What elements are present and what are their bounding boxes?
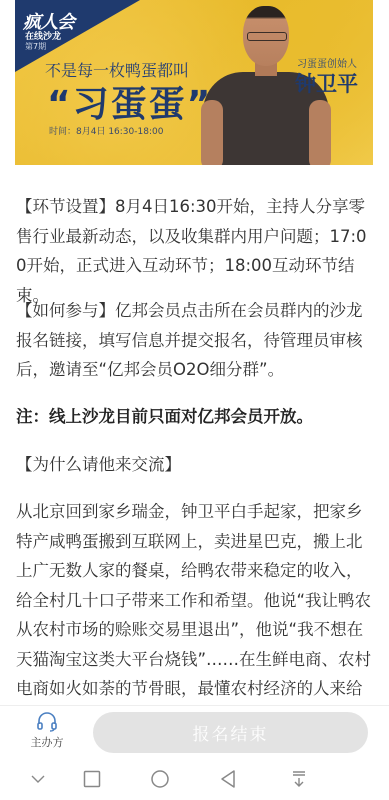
nav-hide-button[interactable] <box>26 767 50 791</box>
bottom-action-bar: 主办方 报名结束 <box>0 705 389 759</box>
banner-big-title: “习蛋蛋” <box>47 76 212 127</box>
system-navigation-bar <box>0 758 389 800</box>
headset-icon <box>36 712 58 732</box>
section-heading-why: 【为什么请他来交流】 <box>16 450 373 480</box>
nav-notification-button[interactable] <box>287 767 311 791</box>
home-icon <box>150 769 170 789</box>
recent-apps-icon <box>83 770 101 788</box>
paragraph-how-to-join: 【如何参与】亿邦会员点击所在会员群内的沙龙报名链接，填写信息并提交报名，待管理员… <box>16 296 373 385</box>
paragraph-schedule: 【环节设置】8月4日16:30开始，主持人分享零售行业最新动态，以及收集群内用户… <box>16 192 373 310</box>
nav-back-button[interactable] <box>216 767 240 791</box>
speaker-name: 钟卫平 <box>295 68 358 98</box>
paragraph-speaker-intro: 从北京回到家乡瑞金，钟卫平白手起家，把家乡特产咸鸭蛋搬到互联网上，卖进星巴克，搬… <box>16 497 373 704</box>
banner-issue: 第7期 <box>25 41 46 52</box>
nav-home-button[interactable] <box>148 767 172 791</box>
paragraph-note: 注：线上沙龙目前只面对亿邦会员开放。 <box>16 402 373 432</box>
organizer-button[interactable]: 主办方 <box>22 712 72 756</box>
nav-recent-apps-button[interactable] <box>80 767 104 791</box>
banner-time: 时间：8月4日 16:30-18:00 <box>49 124 163 137</box>
signup-closed-button[interactable]: 报名结束 <box>93 712 368 753</box>
speaker-arm-right <box>309 100 331 165</box>
chevron-down-icon <box>30 774 46 784</box>
speaker-arm-left <box>201 100 223 165</box>
page-content[interactable]: 疯人会 在线沙龙 第7期 不是每一枚鸭蛋都叫 “习蛋蛋” 时间：8月4日 16:… <box>0 0 389 705</box>
organizer-label: 主办方 <box>22 734 72 750</box>
speaker-glasses <box>247 32 287 41</box>
event-banner: 疯人会 在线沙龙 第7期 不是每一枚鸭蛋都叫 “习蛋蛋” 时间：8月4日 16:… <box>15 0 373 165</box>
back-icon <box>219 769 237 789</box>
notification-pull-icon <box>291 770 307 788</box>
